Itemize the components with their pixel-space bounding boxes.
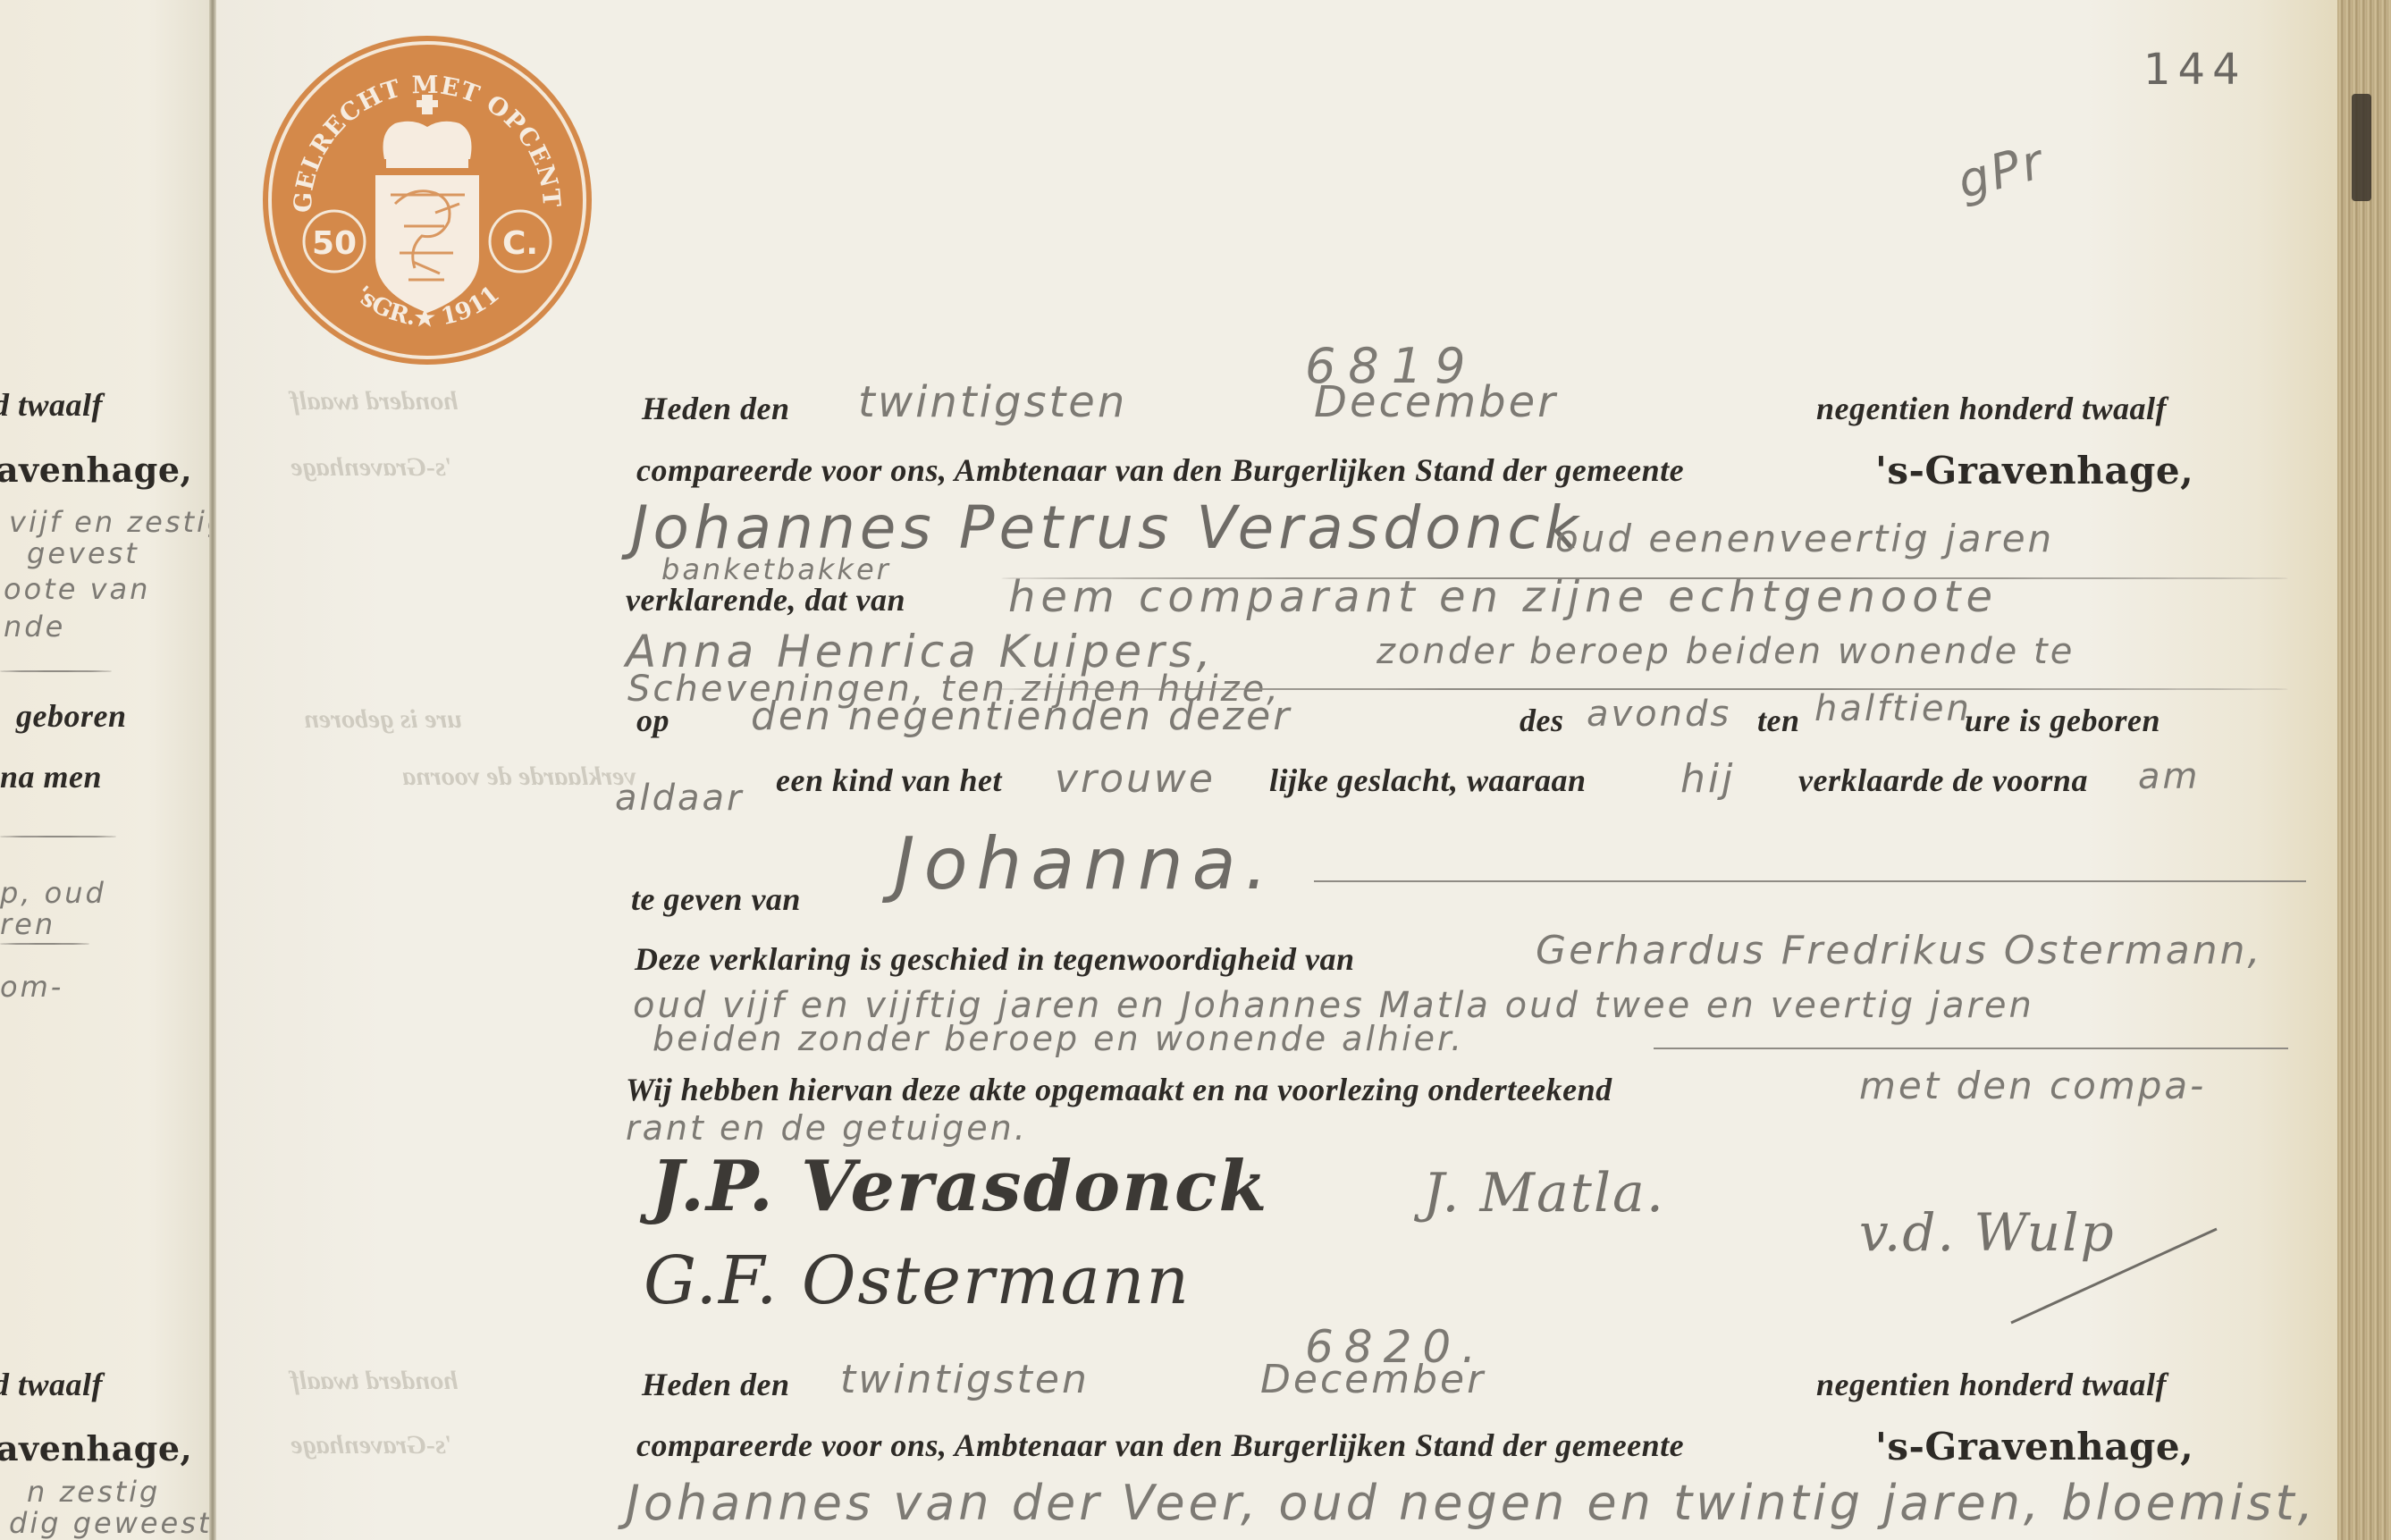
- hand-sex: vrouwe: [1055, 756, 1216, 802]
- hand-day-2: twintigsten: [840, 1357, 1090, 1402]
- left-fragment-line: om-: [0, 970, 63, 1004]
- printed-op: op: [636, 702, 669, 739]
- left-fragment-line: dig geweest: [9, 1506, 212, 1540]
- bleed-through-text: ure is geboren: [304, 704, 462, 735]
- left-page: d twaalf avenhage, vijf en zestig gevest…: [0, 0, 213, 1540]
- hand-met-compa: met den compa-: [1859, 1064, 2206, 1107]
- printed-compareerde-2: compareerde voor ons, Ambtenaar van den …: [636, 1426, 1684, 1464]
- edge-mark: [2352, 94, 2371, 201]
- left-fragment-line: p, oud: [0, 876, 106, 910]
- printed-year: negentien honderd twaalf: [1816, 390, 2167, 427]
- city-name-2: 's-Gravenhage,: [1875, 1425, 2193, 1468]
- declarant-age: oud eenenveertig jaren: [1555, 517, 2054, 560]
- left-fragment-line: vijf en zestig: [9, 505, 213, 539]
- mother-details: zonder beroep beiden wonende te: [1377, 631, 2075, 672]
- svg-text:C.: C.: [502, 225, 538, 262]
- left-fragment-line: ren: [0, 907, 55, 941]
- hand-time: halftien: [1814, 688, 1972, 729]
- left-fragment-line: geboren: [16, 697, 127, 735]
- left-fragment-line: d twaalf: [0, 386, 103, 424]
- hand-day: twintigsten: [858, 377, 1127, 427]
- bleed-through-text: verklaarde de voorna: [402, 762, 636, 792]
- left-fragment-line: na men: [0, 758, 102, 795]
- witness-occupation: beiden zonder beroep en wonende alhier.: [652, 1019, 1464, 1058]
- left-fragment-line: avenhage,: [0, 1428, 192, 1468]
- stamp-seal-icon: ZEGELRECHT MET OPCENTEN 50 C. 'sGR.★ 191…: [261, 34, 594, 366]
- bleed-through-text: honderd twaalf: [290, 386, 459, 417]
- printed-te-geven: te geven van: [631, 880, 801, 918]
- printed-verklarende: verklarende, dat van: [626, 581, 905, 619]
- declarant-2-line: Johannes van der Veer, oud negen en twin…: [626, 1475, 2317, 1531]
- printed-deze-verklaring: Deze verklaring is geschied in tegenwoor…: [635, 940, 1354, 978]
- left-fragment-line: n zestig: [27, 1475, 160, 1509]
- printed-heden-den: Heden den: [642, 390, 789, 427]
- printed-kind: een kind van het: [776, 762, 1002, 799]
- city-name: 's-Gravenhage,: [1875, 449, 2193, 492]
- hand-rant: rant en de getuigen.: [626, 1108, 1028, 1148]
- signature-witness1: G.F. Ostermann: [644, 1242, 1191, 1319]
- hand-month-2: December: [1260, 1357, 1486, 1402]
- left-fragment-line: oote van: [4, 572, 150, 606]
- printed-wij-hebben: Wij hebben hiervan deze akte opgemaakt e…: [626, 1071, 1612, 1108]
- child-name: Johanna.: [894, 822, 1276, 905]
- hand-am: am: [2138, 756, 2200, 797]
- printed-compareerde: compareerde voor ons, Ambtenaar van den …: [636, 451, 1684, 489]
- printed-year-2: negentien honderd twaalf: [1816, 1366, 2167, 1403]
- left-fragment-line: d twaalf: [0, 1366, 103, 1403]
- left-fragment-line: avenhage,: [0, 450, 192, 490]
- page-number: 144: [2143, 45, 2247, 95]
- svg-text:50: 50: [312, 225, 357, 262]
- revenue-stamp: ZEGELRECHT MET OPCENTEN 50 C. 'sGR.★ 191…: [261, 34, 594, 366]
- page-edges: [2337, 0, 2391, 1540]
- printed-geslacht: lijke geslacht, waaraan: [1269, 762, 1587, 799]
- bleed-through-text: 's-Gravenhage: [290, 452, 453, 483]
- hand-birth-date: den negentienden dezer: [751, 694, 1292, 739]
- book-gutter: [209, 0, 216, 1540]
- printed-born: ure is geboren: [1965, 702, 2160, 739]
- hand-who: hij: [1680, 756, 1735, 802]
- signature-flourish-icon: [2002, 1224, 2226, 1332]
- signature-declarant: J.P. Verasdonck: [651, 1146, 1268, 1227]
- hand-month: December: [1314, 377, 1558, 427]
- printed-des: des: [1520, 702, 1564, 739]
- hand-parents: hem comparant en zijne echtgenoote: [1008, 572, 1998, 622]
- bleed-through-text: 's-Gravenhage: [290, 1430, 453, 1460]
- witness1-name: Gerhardus Fredrikus Ostermann,: [1536, 928, 2262, 973]
- printed-heden-den-2: Heden den: [642, 1366, 789, 1403]
- hand-evening: avonds: [1587, 694, 1731, 735]
- hand-place: aldaar: [615, 778, 744, 819]
- printed-ten: ten: [1757, 702, 1800, 739]
- printed-verklaarde: verklaarde de voorna: [1798, 762, 2088, 799]
- left-fragment-line: nde: [4, 610, 65, 644]
- left-fragment-line: gevest: [27, 536, 139, 570]
- bleed-through-text: honderd twaalf: [290, 1366, 459, 1396]
- signature-witness2: J. Matla.: [1423, 1162, 1665, 1224]
